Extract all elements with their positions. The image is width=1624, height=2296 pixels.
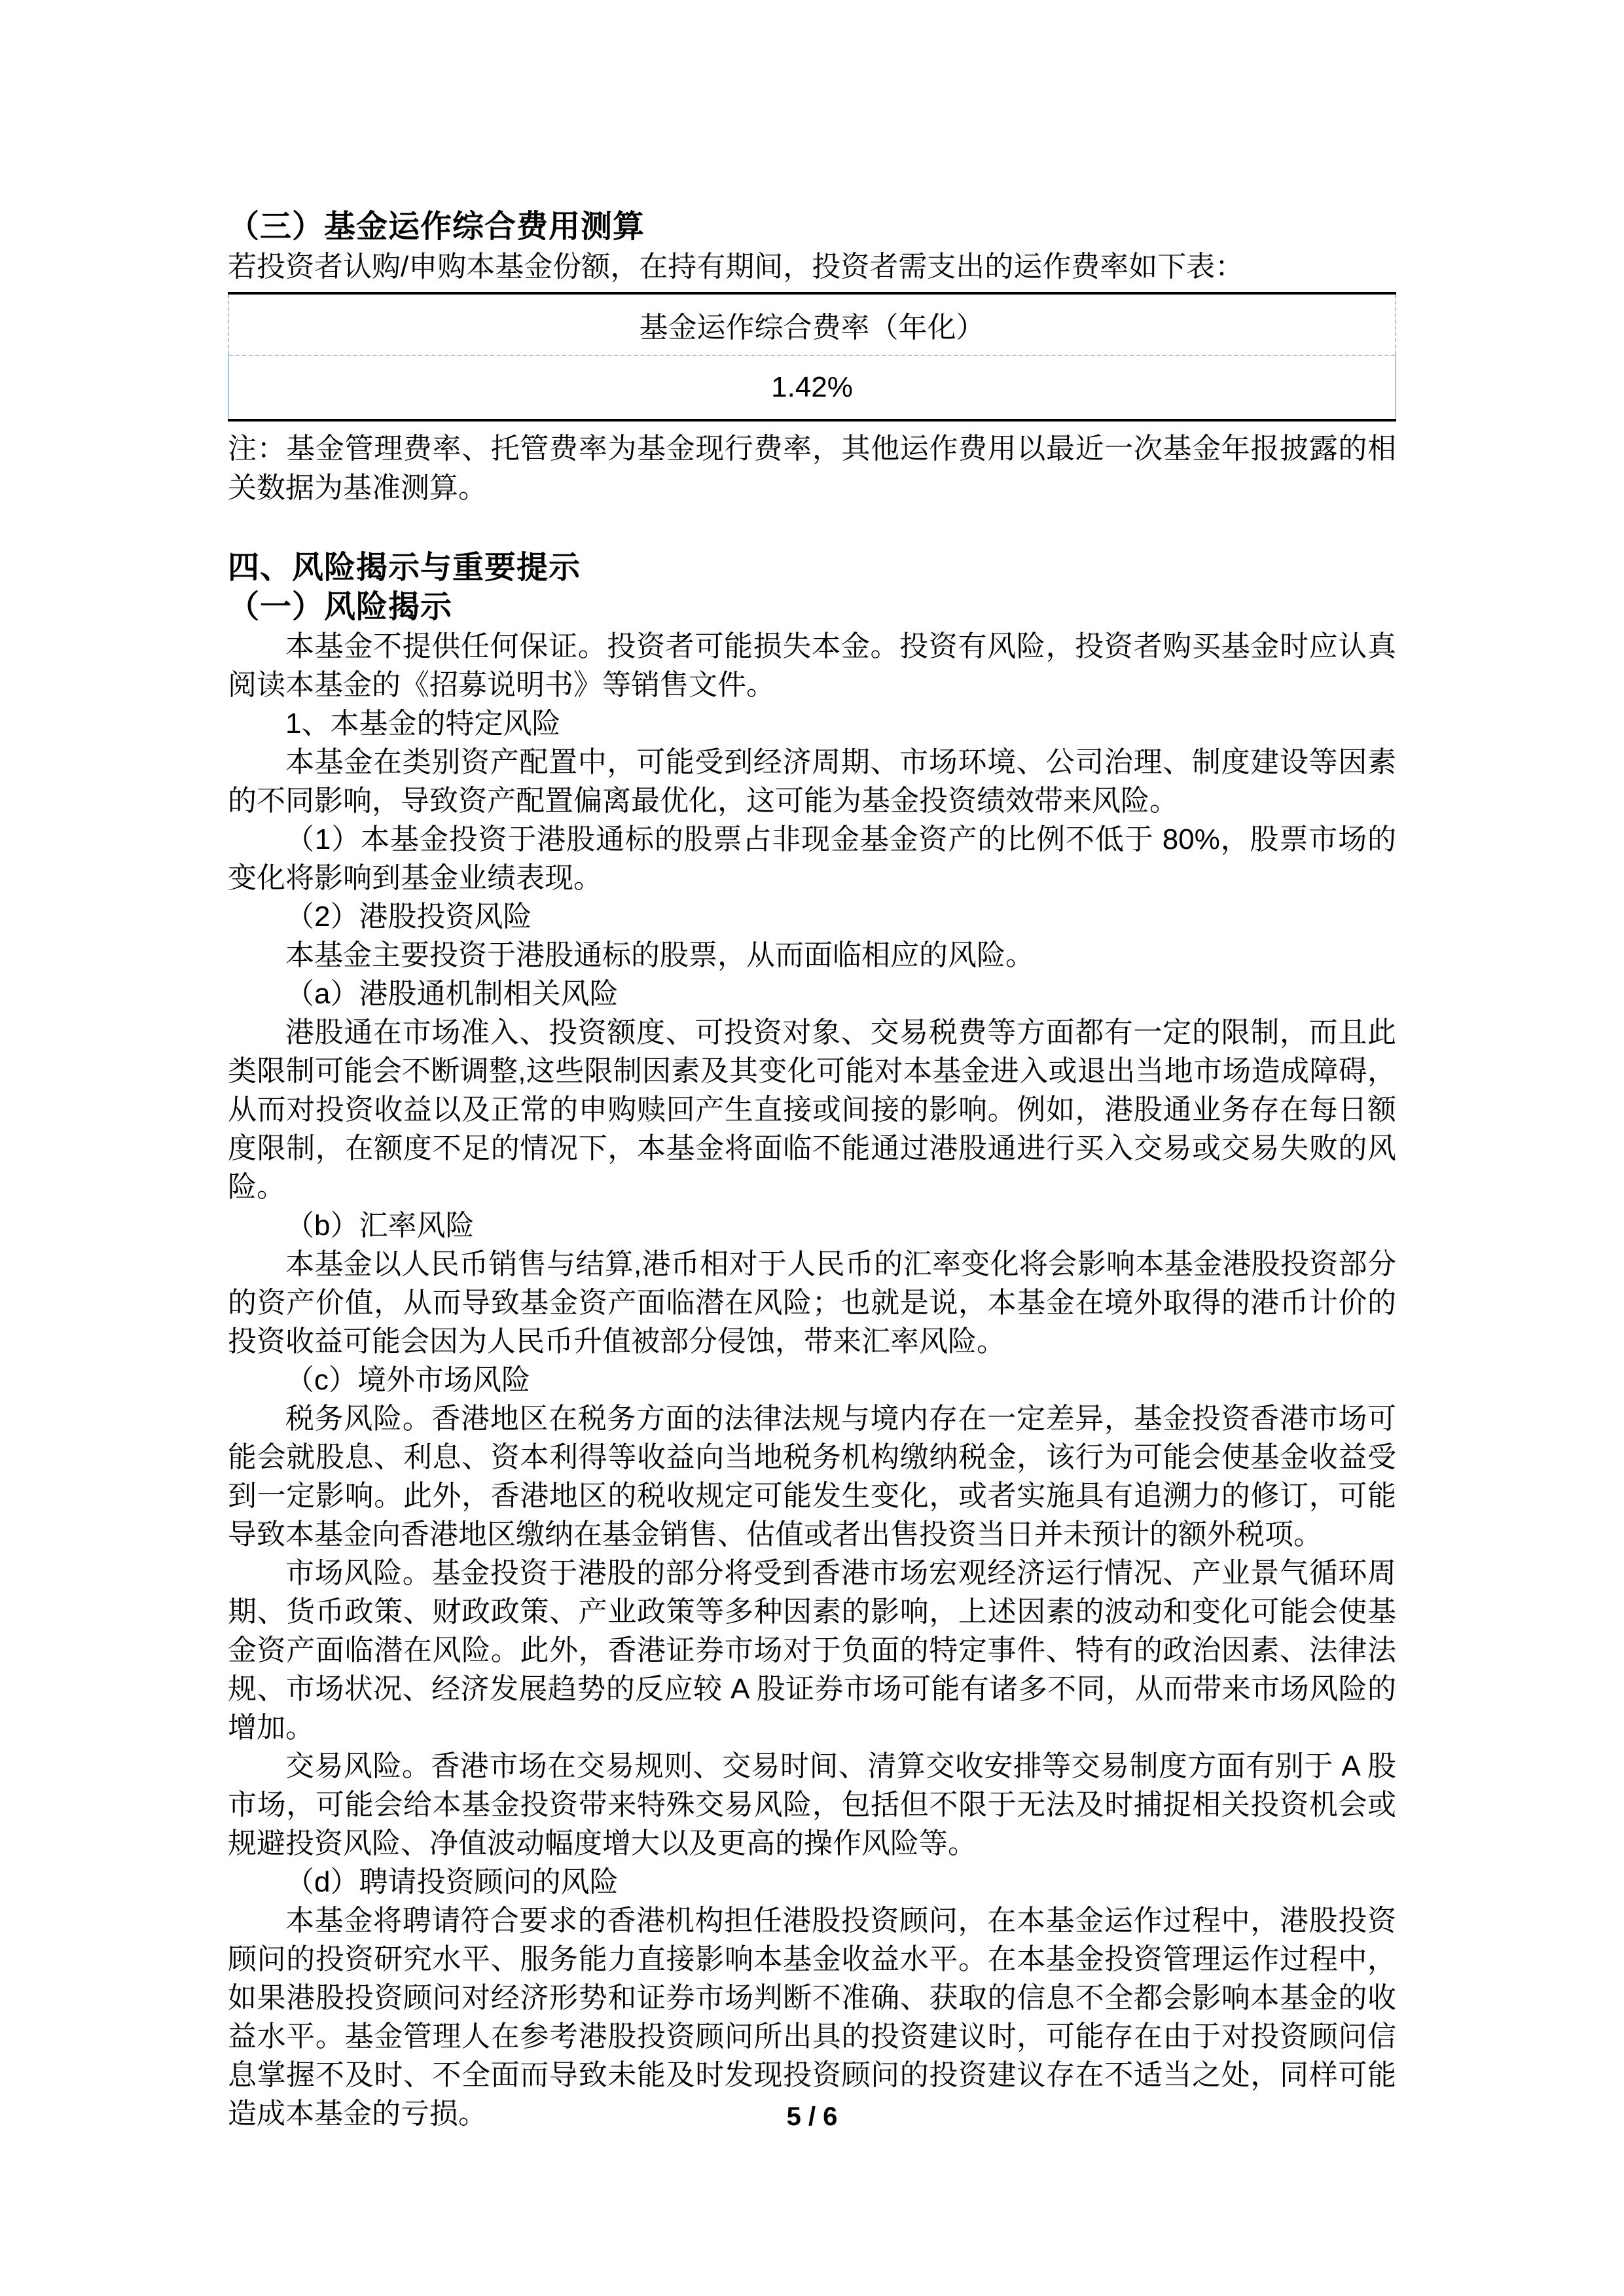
paragraph: 本基金将聘请符合要求的香港机构担任港股投资顾问，在本基金运作过程中，港股投资顾问… <box>228 1901 1396 2133</box>
blank-line-spacer <box>228 508 1396 548</box>
paragraph: （d）聘请投资顾问的风险 <box>228 1863 1396 1901</box>
paragraph: （2）港股投资风险 <box>228 897 1396 936</box>
page-number: 5 / 6 <box>0 2102 1624 2132</box>
fee-intro-paragraph: 若投资者认购/申购本基金份额，在持有期间，投资者需支出的运作费率如下表： <box>228 249 1396 285</box>
fee-table-value-cell: 1.42% <box>228 355 1396 420</box>
section-heading-fee-estimate: （三）基金运作综合费用测算 <box>228 208 1396 246</box>
paragraph: 市场风险。基金投资于港股的部分将受到香港市场宏观经济运行情况、产业景气循环周期、… <box>228 1554 1396 1747</box>
paragraph: 1、本基金的特定风险 <box>228 704 1396 743</box>
paragraph: 本基金以人民币销售与结算,港币相对于人民币的汇率变化将会影响本基金港股投资部分的… <box>228 1245 1396 1361</box>
section-heading-risk: 四、风险揭示与重要提示 <box>228 548 1396 588</box>
paragraph: 港股通在市场准入、投资额度、可投资对象、交易税费等方面都有一定的限制，而且此类限… <box>228 1013 1396 1206</box>
table-row: 基金运作综合费率（年化） <box>228 293 1396 355</box>
subsection-heading-risk-disclosure: （一）风险揭示 <box>228 588 1396 627</box>
paragraph: 本基金在类别资产配置中，可能受到经济周期、市场环境、公司治理、制度建设等因素的不… <box>228 743 1396 820</box>
fee-rate-table: 基金运作综合费率（年化） 1.42% <box>228 292 1396 422</box>
fee-note-paragraph: 注：基金管理费率、托管费率为基金现行费率，其他运作费用以最近一次基金年报披露的相… <box>228 429 1396 508</box>
document-page: （三）基金运作综合费用测算 若投资者认购/申购本基金份额，在持有期间，投资者需支… <box>0 0 1624 2296</box>
paragraph: 本基金主要投资于港股通标的股票，从而面临相应的风险。 <box>228 936 1396 975</box>
paragraph: （c）境外市场风险 <box>228 1361 1396 1399</box>
fee-table-header-cell: 基金运作综合费率（年化） <box>228 293 1396 355</box>
paragraph: 本基金不提供任何保证。投资者可能损失本金。投资有风险，投资者购买基金时应认真阅读… <box>228 627 1396 704</box>
paragraph: 税务风险。香港地区在税务方面的法律法规与境内存在一定差异，基金投资香港市场可能会… <box>228 1399 1396 1554</box>
paragraph: （1）本基金投资于港股通标的股票占非现金基金资产的比例不低于 80%，股票市场的… <box>228 820 1396 897</box>
paragraph: （b）汇率风险 <box>228 1206 1396 1245</box>
table-row: 1.42% <box>228 355 1396 420</box>
paragraph: （a）港股通机制相关风险 <box>228 975 1396 1013</box>
paragraph: 交易风险。香港市场在交易规则、交易时间、清算交收安排等交易制度方面有别于 A 股… <box>228 1747 1396 1863</box>
